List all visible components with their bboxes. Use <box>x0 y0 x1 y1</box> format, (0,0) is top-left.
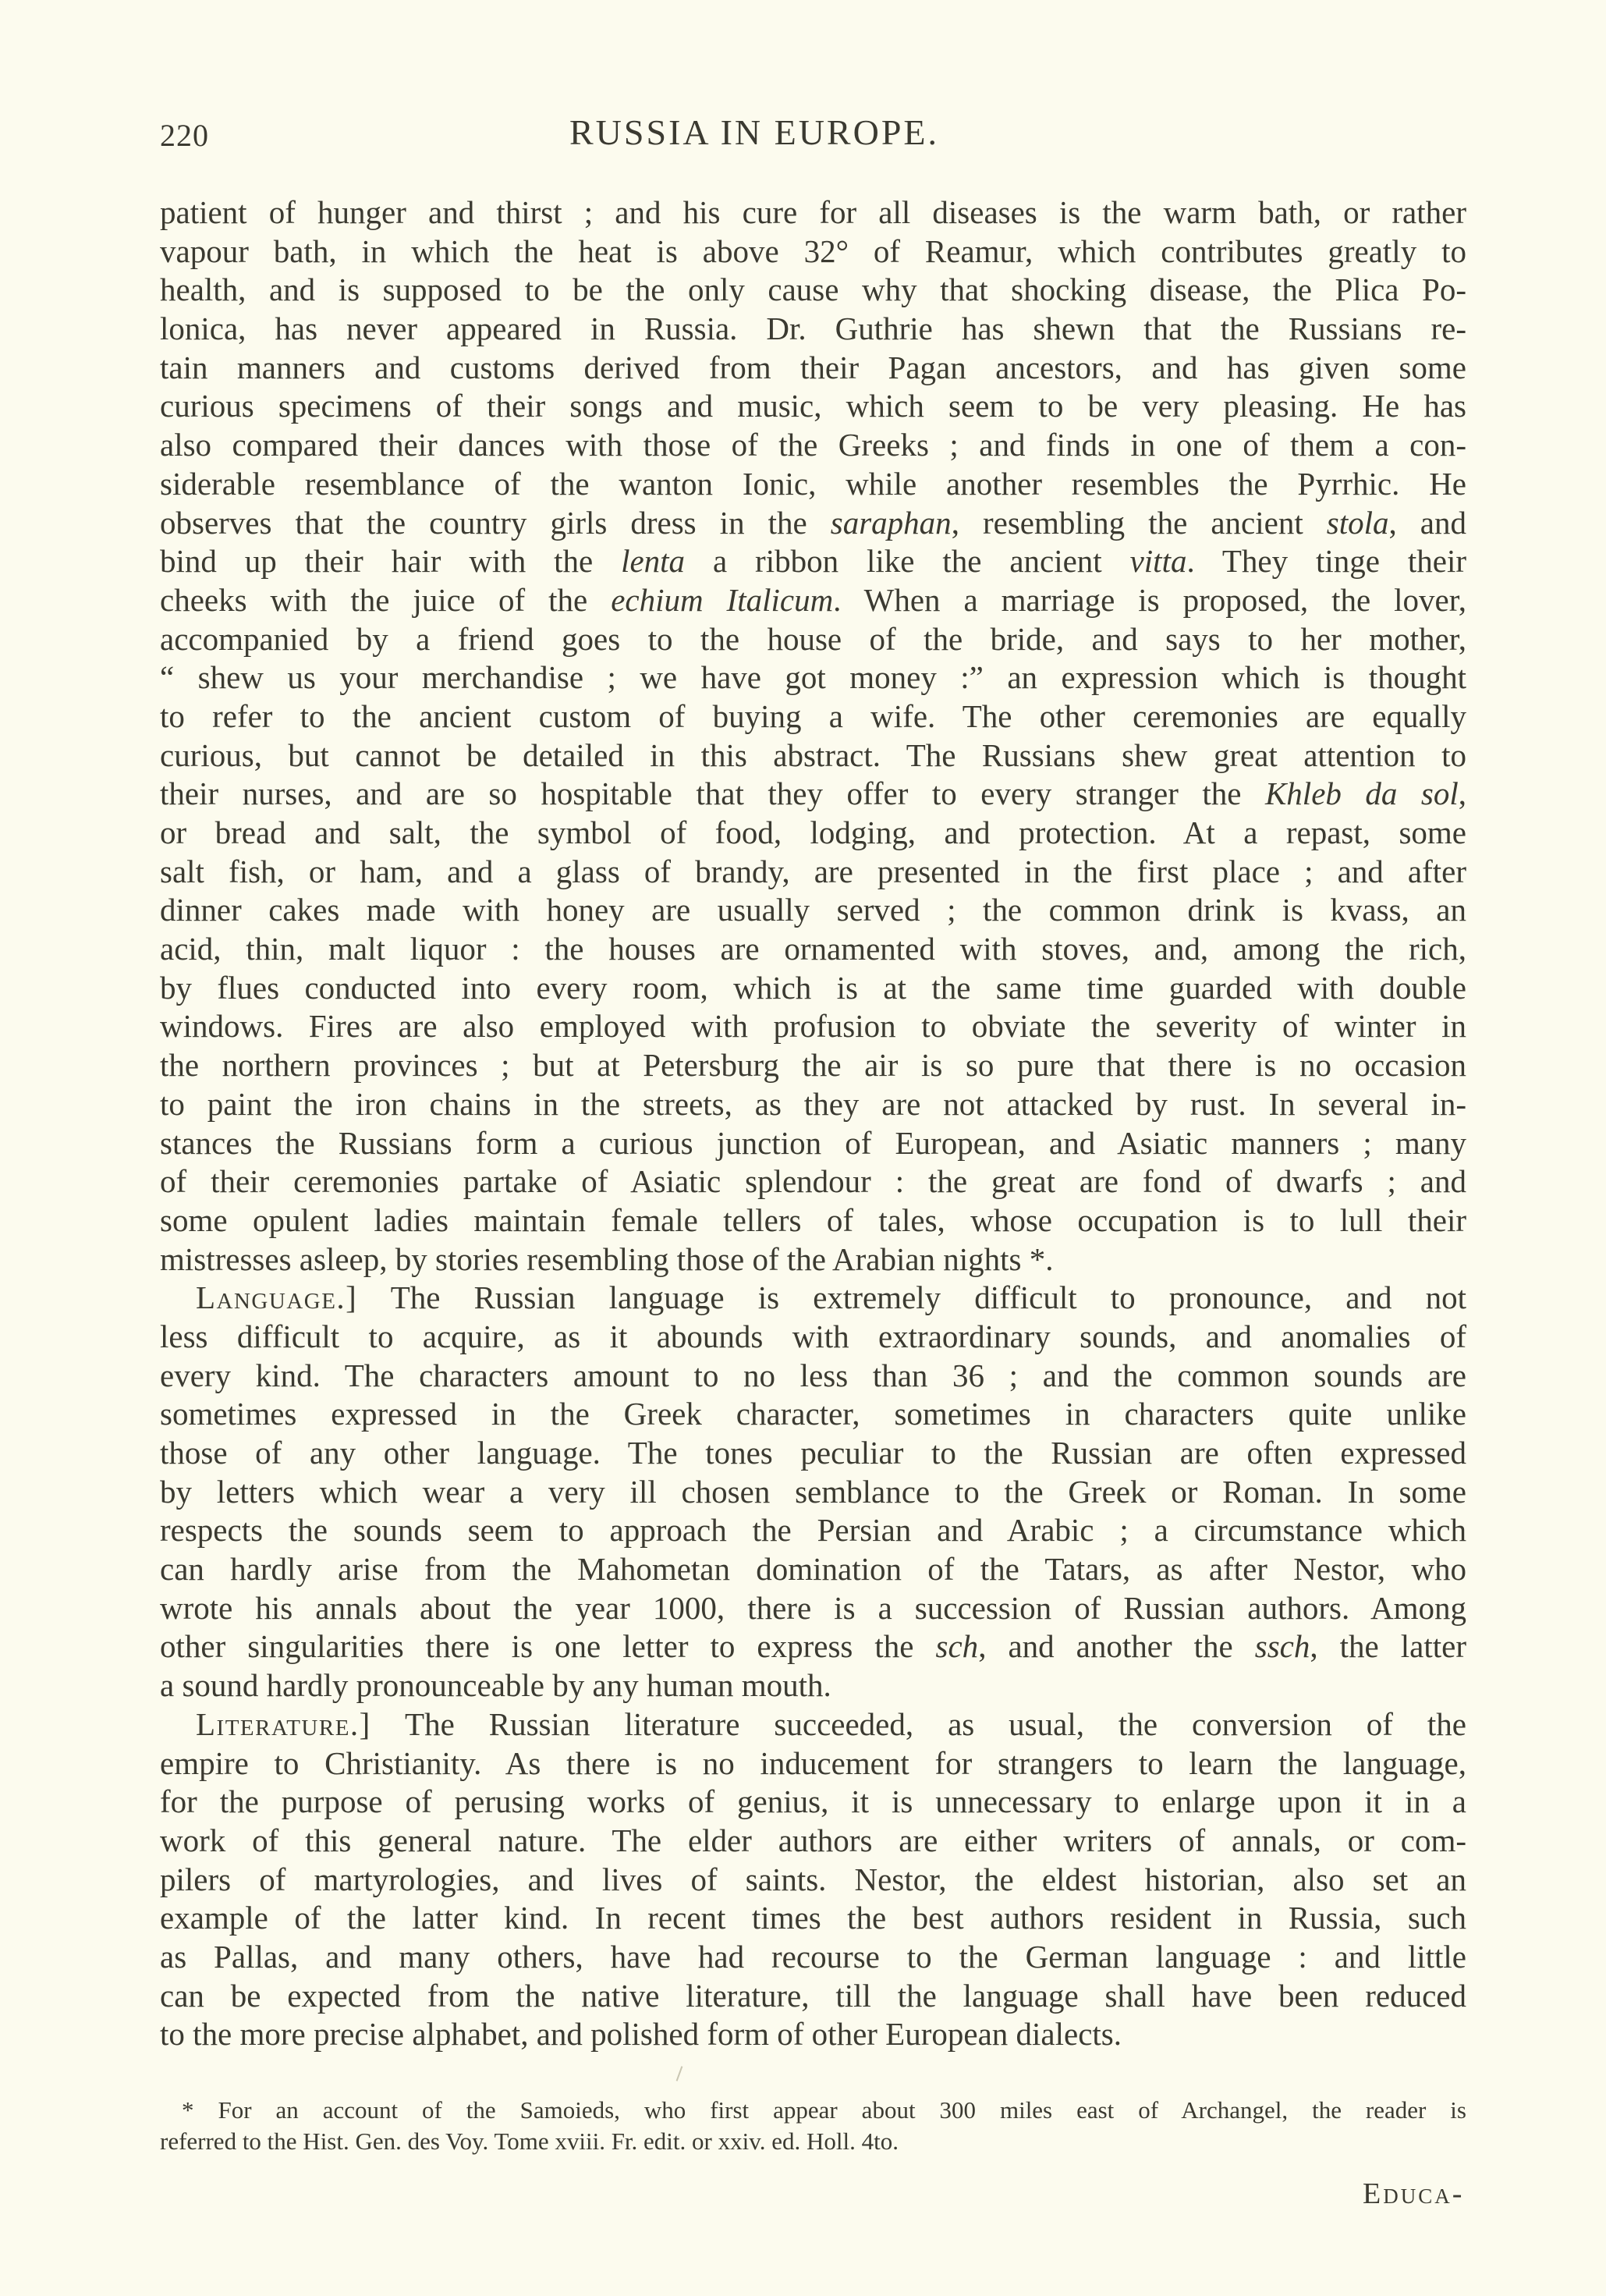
text-run: to the more precise alphabet, and polish… <box>160 2016 1122 2052</box>
text-run: curious, but cannot be detailed in this … <box>160 737 1466 773</box>
text-line: as Pallas, and many others, have had rec… <box>160 1938 1466 1977</box>
text-line: empire to Christianity. As there is no i… <box>160 1744 1466 1783</box>
text-line: less difficult to acquire, as it abounds… <box>160 1318 1466 1357</box>
text-line: acid, thin, malt liquor : the houses are… <box>160 930 1466 969</box>
text-run: , the latter <box>1310 1628 1466 1664</box>
text-run: tain manners and customs derived from th… <box>160 350 1466 385</box>
footnotes: * For an account of the Samoieds, who fi… <box>160 2095 1466 2157</box>
text-run: , <box>1459 775 1466 811</box>
text-run: to refer to the ancient custom of buying… <box>160 698 1466 734</box>
text-line: the northern provinces ; but at Petersbu… <box>160 1046 1466 1085</box>
text-line: a sound hardly pronounceable by any huma… <box>160 1666 1466 1705</box>
text-line: work of this general nature. The elder a… <box>160 1822 1466 1861</box>
text-run: for the purpose of perusing works of gen… <box>160 1783 1466 1819</box>
text-run: cheeks with the juice of the <box>160 582 611 618</box>
text-run: stances the Russians form a curious junc… <box>160 1125 1466 1161</box>
text-run: less difficult to acquire, as it abounds… <box>160 1318 1466 1354</box>
text-run: empire to Christianity. As there is no i… <box>160 1745 1466 1781</box>
running-head: RUSSIA IN EUROPE. <box>569 112 939 153</box>
text-run: sometimes expressed in the Greek charact… <box>160 1396 1466 1432</box>
section-heading: Literature.] <box>196 1706 371 1742</box>
text-run: siderable resemblance of the wanton Ioni… <box>160 466 1466 502</box>
text-line: to refer to the ancient custom of buying… <box>160 697 1466 736</box>
text-run: lonica, has never appeared in Russia. Dr… <box>160 311 1466 346</box>
italic-term: Khleb da sol <box>1265 775 1459 811</box>
text-run: curious specimens of their songs and mus… <box>160 388 1466 424</box>
text-run: to paint the iron chains in the streets,… <box>160 1086 1466 1122</box>
footnote-line: referred to the Hist. Gen. des Voy. Tome… <box>160 2126 1466 2157</box>
text-line: siderable resemblance of the wanton Ioni… <box>160 465 1466 504</box>
text-run: wrote his annals about the year 1000, th… <box>160 1590 1466 1626</box>
text-line: by letters which wear a very ill chosen … <box>160 1473 1466 1512</box>
text-line: some opulent ladies maintain female tell… <box>160 1201 1466 1240</box>
text-run: salt fish, or ham, and a glass of brandy… <box>160 853 1466 889</box>
text-run: example of the latter kind. In recent ti… <box>160 1900 1466 1936</box>
section-heading: Language.] <box>196 1279 357 1315</box>
text-line: “ shew us your merchandise ; we have got… <box>160 658 1466 697</box>
italic-term: lenta <box>621 543 685 579</box>
catchword: Educa- <box>1363 2177 1464 2211</box>
text-line: to the more precise alphabet, and polish… <box>160 2015 1466 2054</box>
text-run: also compared their dances with those of… <box>160 427 1466 463</box>
text-run: pilers of martyrologies, and lives of sa… <box>160 1861 1466 1897</box>
text-run: , resembling the ancient <box>952 505 1327 541</box>
text-run: other singularities there is one letter … <box>160 1628 936 1664</box>
text-run: their nurses, and are so hospitable that… <box>160 775 1265 811</box>
footnote-line: * For an account of the Samoieds, who fi… <box>160 2095 1466 2126</box>
italic-term: echium Italicum <box>611 582 833 618</box>
text-line: to paint the iron chains in the streets,… <box>160 1085 1466 1124</box>
text-line: of their ceremonies partake of Asiatic s… <box>160 1162 1466 1201</box>
italic-term: vitta <box>1130 543 1187 579</box>
text-run: bind up their hair with the <box>160 543 621 579</box>
text-run: dinner cakes made with honey are usually… <box>160 892 1466 928</box>
text-line: Language.] The Russian language is extre… <box>160 1279 1466 1318</box>
text-line: their nurses, and are so hospitable that… <box>160 775 1466 814</box>
text-line: curious, but cannot be detailed in this … <box>160 736 1466 775</box>
text-run: of their ceremonies partake of Asiatic s… <box>160 1163 1466 1199</box>
text-run: by letters which wear a very ill chosen … <box>160 1474 1466 1510</box>
text-run: . They tinge their <box>1186 543 1466 579</box>
body-text: patient of hunger and thirst ; and his c… <box>160 193 1466 2054</box>
text-line: or bread and salt, the symbol of food, l… <box>160 814 1466 853</box>
text-line: accompanied by a friend goes to the hous… <box>160 620 1466 659</box>
text-run: mistresses asleep, by stories resembling… <box>160 1241 1054 1277</box>
text-run: The Russian literature succeeded, as usu… <box>371 1706 1466 1742</box>
text-line: cheeks with the juice of the echium Ital… <box>160 581 1466 620</box>
text-line: also compared their dances with those of… <box>160 426 1466 465</box>
italic-term: saraphan <box>831 505 952 541</box>
text-run: or bread and salt, the symbol of food, l… <box>160 814 1466 850</box>
text-line: other singularities there is one letter … <box>160 1627 1466 1666</box>
text-run: some opulent ladies maintain female tell… <box>160 1202 1466 1238</box>
text-run: , and <box>1389 505 1467 541</box>
text-line: tain manners and customs derived from th… <box>160 349 1466 388</box>
text-run: can be expected from the native literatu… <box>160 1978 1466 2014</box>
text-line: pilers of martyrologies, and lives of sa… <box>160 1861 1466 1900</box>
text-run: every kind. The characters amount to no … <box>160 1357 1466 1393</box>
divider-mark <box>676 2066 683 2081</box>
text-run: windows. Fires are also employed with pr… <box>160 1008 1466 1044</box>
text-run: respects the sounds seem to approach the… <box>160 1512 1466 1548</box>
text-run: those of any other language. The tones p… <box>160 1435 1466 1471</box>
text-line: dinner cakes made with honey are usually… <box>160 891 1466 930</box>
text-run: acid, thin, malt liquor : the houses are… <box>160 931 1466 967</box>
text-run: observes that the country girls dress in… <box>160 505 831 541</box>
text-run: patient of hunger and thirst ; and his c… <box>160 194 1466 230</box>
text-line: vapour bath, in which the heat is above … <box>160 232 1466 271</box>
text-line: can hardly arise from the Mahometan domi… <box>160 1550 1466 1589</box>
italic-term: sch <box>936 1628 979 1664</box>
text-line: observes that the country girls dress in… <box>160 504 1466 543</box>
text-run: . When a marriage is proposed, the lover… <box>833 582 1466 618</box>
text-line: those of any other language. The tones p… <box>160 1434 1466 1473</box>
text-run: accompanied by a friend goes to the hous… <box>160 621 1466 657</box>
text-line: health, and is supposed to be the only c… <box>160 271 1466 310</box>
text-line: example of the latter kind. In recent ti… <box>160 1899 1466 1938</box>
text-run: a ribbon like the ancient <box>685 543 1130 579</box>
text-line: stances the Russians form a curious junc… <box>160 1124 1466 1163</box>
text-run: The Russian language is extremely diffic… <box>357 1279 1466 1315</box>
text-line: wrote his annals about the year 1000, th… <box>160 1589 1466 1628</box>
text-line: curious specimens of their songs and mus… <box>160 387 1466 426</box>
text-line: every kind. The characters amount to no … <box>160 1357 1466 1396</box>
italic-term: stola <box>1327 505 1389 541</box>
text-line: for the purpose of perusing works of gen… <box>160 1783 1466 1822</box>
text-line: patient of hunger and thirst ; and his c… <box>160 193 1466 232</box>
text-line: mistresses asleep, by stories resembling… <box>160 1240 1466 1279</box>
text-run: work of this general nature. The elder a… <box>160 1822 1466 1858</box>
text-line: can be expected from the native literatu… <box>160 1977 1466 2016</box>
text-run: by flues conducted into every room, whic… <box>160 970 1466 1006</box>
text-line: bind up their hair with the lenta a ribb… <box>160 542 1466 581</box>
text-run: “ shew us your merchandise ; we have got… <box>160 659 1466 695</box>
text-line: windows. Fires are also employed with pr… <box>160 1007 1466 1046</box>
italic-term: ssch <box>1255 1628 1310 1664</box>
text-line: respects the sounds seem to approach the… <box>160 1511 1466 1550</box>
text-line: by flues conducted into every room, whic… <box>160 969 1466 1008</box>
text-line: Literature.] The Russian literature succ… <box>160 1705 1466 1744</box>
text-run: as Pallas, and many others, have had rec… <box>160 1939 1466 1975</box>
page-number: 220 <box>160 117 209 154</box>
text-line: lonica, has never appeared in Russia. Dr… <box>160 310 1466 349</box>
text-line: salt fish, or ham, and a glass of brandy… <box>160 853 1466 892</box>
text-run: vapour bath, in which the heat is above … <box>160 233 1466 269</box>
text-line: sometimes expressed in the Greek charact… <box>160 1395 1466 1434</box>
text-run: the northern provinces ; but at Petersbu… <box>160 1047 1466 1083</box>
text-run: , and another the <box>978 1628 1255 1664</box>
text-run: a sound hardly pronounceable by any huma… <box>160 1667 831 1703</box>
text-run: health, and is supposed to be the only c… <box>160 271 1466 307</box>
text-run: can hardly arise from the Mahometan domi… <box>160 1551 1466 1587</box>
